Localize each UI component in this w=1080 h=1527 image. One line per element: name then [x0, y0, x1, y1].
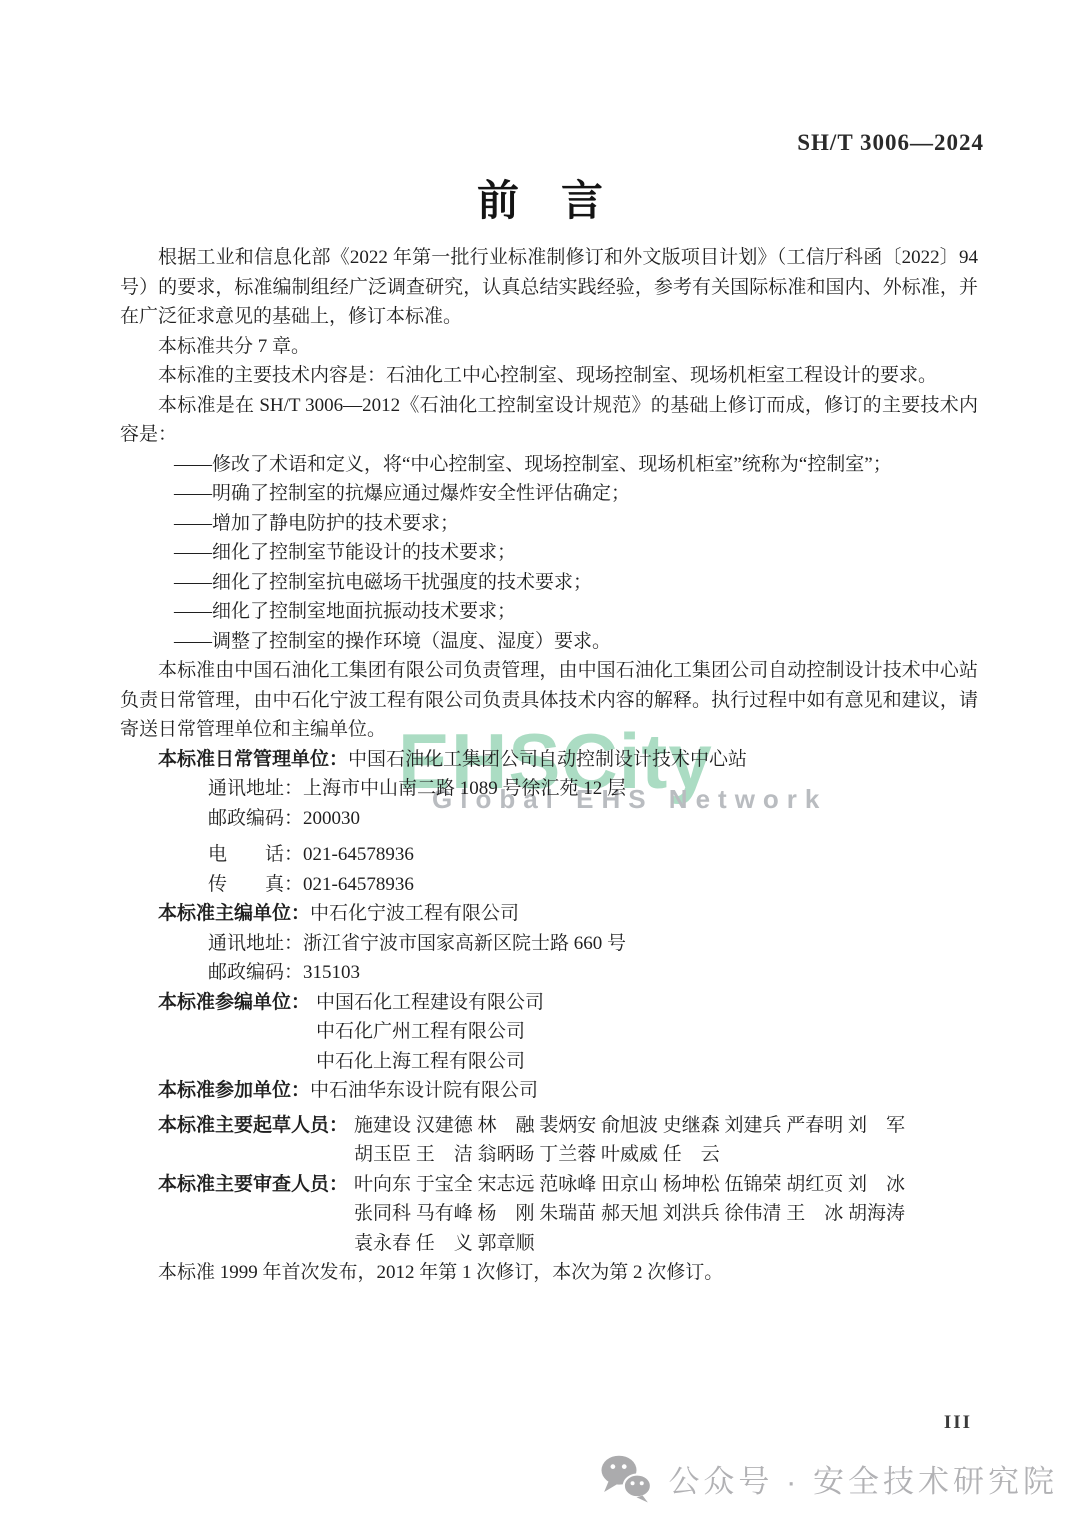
wechat-account-watermark: 公众号 · 安全技术研究院 — [598, 1452, 1058, 1504]
daily-unit-address: 通讯地址：上海市中山南二路 1089 号徐汇苑 12 层 — [120, 774, 978, 804]
reviewers-list: 叶向东 于宝全 宋志远 范咏峰 田京山 杨坤松 伍锦荣 胡红页 刘 冰 张同科 … — [354, 1170, 978, 1259]
participating-unit: 本标准参加单位：中石油华东设计院有限公司 — [120, 1076, 978, 1106]
reviewers-line: 袁永春 任 义 郭章顺 — [354, 1229, 978, 1259]
chief-editor-unit: 本标准主编单位：中石化宁波工程有限公司 — [120, 899, 978, 929]
daily-management-unit: 本标准日常管理单位：中国石油化工集团公司自动控制设计技术中心站 — [120, 745, 978, 775]
co-editor-unit: 中国石化工程建设有限公司 — [316, 988, 978, 1018]
history-paragraph: 本标准 1999 年首次发布，2012 年第 1 次修订，本次为第 2 次修订。 — [120, 1258, 978, 1288]
daily-unit-postcode: 邮政编码：200030 — [120, 804, 978, 834]
revision-item: ——调整了控制室的操作环境（温度、湿度）要求。 — [120, 627, 978, 657]
revision-item: ——增加了静电防护的技术要求； — [120, 509, 978, 539]
revision-item: ——明确了控制室的抗爆应通过爆炸安全性评估确定； — [120, 479, 978, 509]
reviewers-label: 本标准主要审查人员： — [158, 1170, 348, 1200]
drafters-line: 施建设 汉建德 林 融 裴炳安 俞旭波 史继森 刘建兵 严春明 刘 军 — [354, 1111, 978, 1141]
wechat-icon — [598, 1452, 654, 1504]
chief-unit-postcode: 邮政编码：315103 — [120, 958, 978, 988]
daily-management-unit-value: 中国石油化工集团公司自动控制设计技术中心站 — [348, 749, 747, 770]
co-editor-unit: 中石化广州工程有限公司 — [316, 1017, 978, 1047]
drafters-list: 施建设 汉建德 林 融 裴炳安 俞旭波 史继森 刘建兵 严春明 刘 军 胡玉臣 … — [354, 1111, 978, 1170]
page-number: III — [944, 1412, 972, 1434]
wechat-account-label: 公众号 · 安全技术研究院 — [668, 1456, 1058, 1501]
chapters-paragraph: 本标准共分 7 章。 — [120, 332, 978, 362]
co-editor-unit: 中石化上海工程有限公司 — [316, 1047, 978, 1077]
drafters-line: 胡玉臣 王 洁 翁昞旸 丁兰蓉 叶威威 任 云 — [354, 1140, 978, 1170]
intro-paragraph: 根据工业和信息化部《2022 年第一批行业标准制修订和外文版项目计划》（工信厅科… — [120, 243, 978, 332]
technical-content-paragraph: 本标准的主要技术内容是：石油化工中心控制室、现场控制室、现场机柜室工程设计的要求… — [120, 361, 978, 391]
co-editor-units-label: 本标准参编单位： — [158, 988, 310, 1018]
revision-basis-paragraph: 本标准是在 SH/T 3006—2012《石油化工控制室设计规范》的基础上修订而… — [120, 391, 978, 450]
reviewers-line: 张同科 马有峰 杨 刚 朱瑞苗 郝天旭 刘洪兵 徐伟清 王 冰 胡海涛 — [354, 1199, 978, 1229]
co-editor-units-list: 中国石化工程建设有限公司 中石化广州工程有限公司 中石化上海工程有限公司 — [316, 988, 978, 1077]
revision-item: ——细化了控制室地面抗振动技术要求； — [120, 597, 978, 627]
drafters-label: 本标准主要起草人员： — [158, 1111, 348, 1141]
revision-item: ——修改了术语和定义，将“中心控制室、现场控制室、现场机柜室”统称为“控制室”； — [120, 450, 978, 480]
daily-management-unit-label: 本标准日常管理单位： — [158, 749, 348, 770]
daily-unit-phone: 电 话：021-64578936 — [120, 840, 978, 870]
document-body: 根据工业和信息化部《2022 年第一批行业标准制修订和外文版项目计划》（工信厅科… — [120, 243, 978, 1288]
participating-unit-value: 中石油华东设计院有限公司 — [310, 1080, 538, 1101]
drafters: 本标准主要起草人员： 施建设 汉建德 林 融 裴炳安 俞旭波 史继森 刘建兵 严… — [120, 1111, 978, 1170]
reviewers: 本标准主要审查人员： 叶向东 于宝全 宋志远 范咏峰 田京山 杨坤松 伍锦荣 胡… — [120, 1170, 978, 1259]
chief-editor-unit-label: 本标准主编单位： — [158, 903, 310, 924]
daily-unit-fax: 传 真：021-64578936 — [120, 870, 978, 900]
revision-item: ——细化了控制室抗电磁场干扰强度的技术要求； — [120, 568, 978, 598]
reviewers-line: 叶向东 于宝全 宋志远 范咏峰 田京山 杨坤松 伍锦荣 胡红页 刘 冰 — [354, 1170, 978, 1200]
document-page: EHSCity Global EHS Network SH/T 3006—202… — [0, 0, 1080, 1527]
chief-editor-unit-value: 中石化宁波工程有限公司 — [310, 903, 519, 924]
participating-unit-label: 本标准参加单位： — [158, 1080, 310, 1101]
page-title: 前 言 — [0, 168, 1080, 228]
management-paragraph: 本标准由中国石油化工集团有限公司负责管理，由中国石油化工集团公司自动控制设计技术… — [120, 656, 978, 745]
standard-number: SH/T 3006—2024 — [797, 130, 984, 156]
chief-unit-address: 通讯地址：浙江省宁波市国家高新区院士路 660 号 — [120, 929, 978, 959]
revision-item: ——细化了控制室节能设计的技术要求； — [120, 538, 978, 568]
co-editor-units: 本标准参编单位： 中国石化工程建设有限公司 中石化广州工程有限公司 中石化上海工… — [120, 988, 978, 1077]
